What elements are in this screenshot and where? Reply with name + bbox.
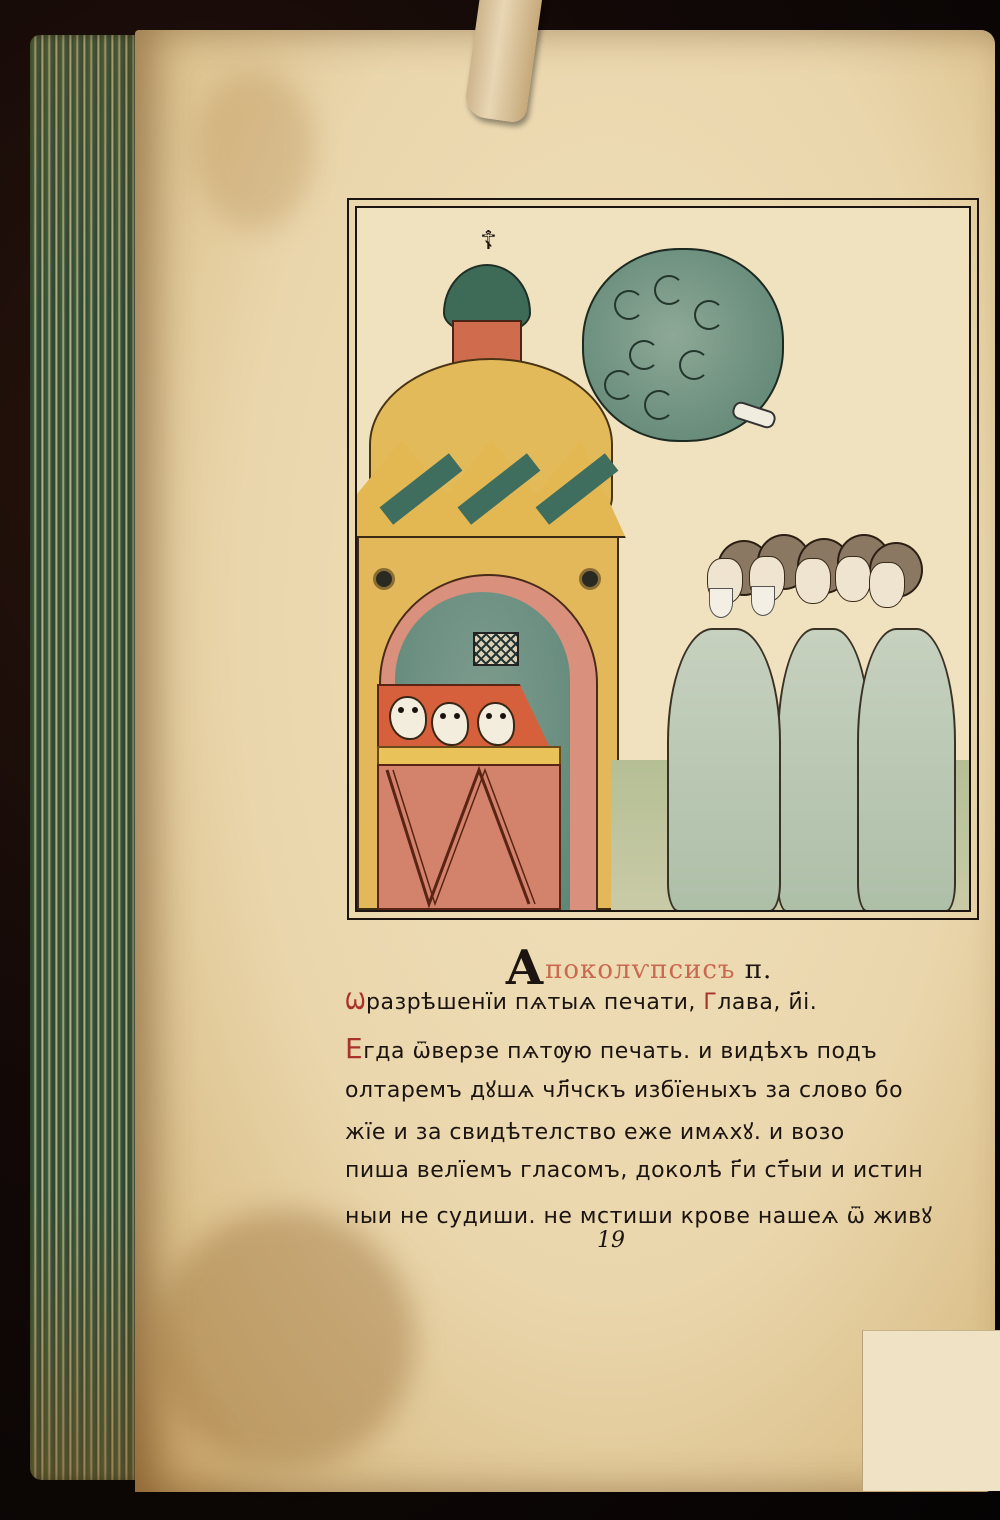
beard <box>709 588 733 618</box>
text-line-6: ныи не судиши. не мстиши крове нашеѧ ѿ ж… <box>345 1200 932 1230</box>
face <box>835 556 871 602</box>
initial-letter: А <box>505 940 545 996</box>
cloud-swirl <box>679 350 709 380</box>
grille-window <box>473 632 519 666</box>
round-window <box>373 568 395 590</box>
tomb-rim <box>377 746 561 766</box>
folio-number: 19 <box>597 1228 625 1253</box>
cross-icon: ☦ <box>480 228 497 254</box>
robe <box>857 628 956 912</box>
cloud-swirl <box>694 300 724 330</box>
cloud-swirl <box>604 370 634 400</box>
stain <box>155 1210 415 1470</box>
text-line-1: Ѡразрѣшенїи пѧтыѧ печати, Глава, и҃і. <box>345 990 817 1015</box>
text-line-2: Егда ѿверзе пѧтѹю печать. и видѣхъ подъ <box>345 1032 877 1065</box>
heading-text: поколѵпсисъ <box>545 955 735 985</box>
skull <box>477 702 515 746</box>
cloud-swirl <box>654 275 684 305</box>
heading-number: п. <box>745 955 773 985</box>
skull <box>431 702 469 746</box>
paper-patch <box>862 1330 1000 1491</box>
book-edge-shading <box>30 35 140 1480</box>
chapter-heading: Апоколѵпсисъ п. <box>505 940 772 996</box>
skull <box>389 696 427 740</box>
round-window <box>579 568 601 590</box>
cloud-swirl <box>629 340 659 370</box>
text-line-5: пиша велїемъ гласомъ, доколѣ г҃и ст҃ыи и… <box>345 1158 923 1183</box>
illustration-frame: ☦ <box>347 198 979 920</box>
cloud-swirl <box>614 290 644 320</box>
miniature: ☦ <box>355 206 971 912</box>
face <box>795 558 831 604</box>
tomb-base <box>377 764 561 910</box>
cloud-swirl <box>644 390 674 420</box>
text-line-4: жїе и за свидѣтелство еже имѧхꙋ. и возо <box>345 1116 845 1146</box>
robe <box>667 628 781 912</box>
beard <box>751 586 775 616</box>
text-line-3: олтаремъ дꙋшѧ чл҃чскъ избїеныхъ за слово… <box>345 1074 903 1104</box>
face <box>869 562 905 608</box>
stain <box>195 70 315 230</box>
